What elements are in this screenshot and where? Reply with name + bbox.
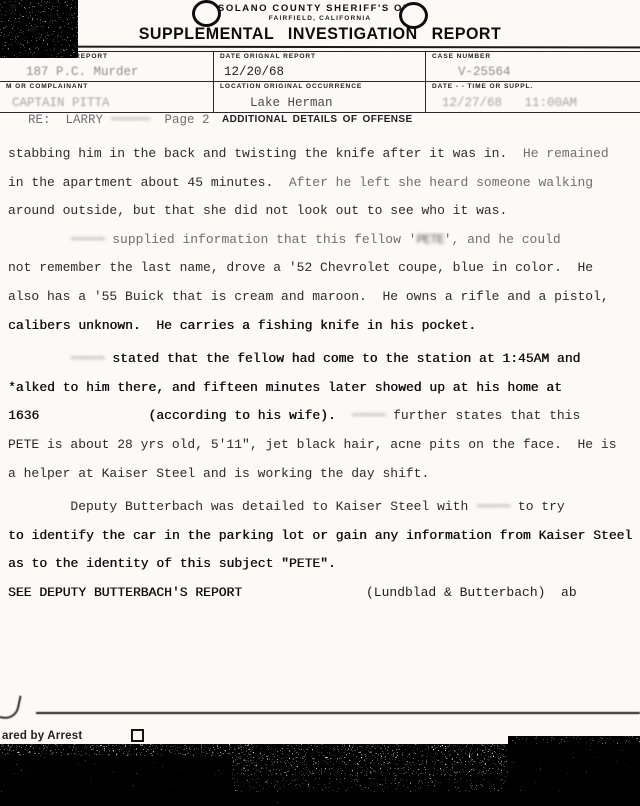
body-line: to identify the car in the parking lot o… <box>8 522 640 551</box>
field-value: CAPTAIN PITTA <box>12 96 110 110</box>
body-line: ~~~~~ supplied information that this fel… <box>8 226 640 255</box>
footer-rule <box>36 712 640 714</box>
document-title: SUPPLEMENTAL INVESTIGATION REPORT <box>0 26 640 45</box>
text-segment: further states that this <box>385 408 580 423</box>
checkbox-row: ared by Arrest <box>2 729 172 744</box>
text-segment: *alked to him there, and fifteen minutes… <box>8 380 562 395</box>
field-complainant: M OR COMPLAINANT CAPTAIN PITTA <box>0 82 213 113</box>
checkbox-label: ared Other <box>2 751 62 763</box>
agency-name: SOLANO COUNTY SHERIFF'S OFFI <box>0 3 640 14</box>
redacted-smudge: ~~~~~ <box>351 408 385 423</box>
text-segment: After he left she heard someone walking <box>289 175 593 190</box>
text-segment: 1636 (according to his wife). <box>8 408 351 423</box>
text-segment: Page 2 <box>150 113 210 127</box>
field-label: M OR COMPLAINANT <box>6 83 88 90</box>
agency-city: FAIRFIELD, CALIFORNIA <box>0 15 640 22</box>
field-case-number: CASE NUMBER V-25564 <box>425 52 640 82</box>
text-segment: He remained <box>523 146 609 161</box>
narrative-body: stabbing him in the back and twisting th… <box>8 140 640 608</box>
field-label: PE OF ORIGINAL REPORT <box>6 53 108 60</box>
field-value: 12/20/68 <box>224 65 284 79</box>
body-line: *alked to him there, and fifteen minutes… <box>8 374 640 403</box>
body-line: stabbing him in the back and twisting th… <box>8 140 640 169</box>
header-rule <box>0 46 640 49</box>
text-segment: supplied information that this fellow ' <box>104 232 416 247</box>
checkbox-row: founded <box>2 792 172 806</box>
text-segment: also has a '55 Buick that is cream and m… <box>8 289 609 304</box>
checkbox-row: Cleared <box>2 771 172 786</box>
text-segment: to try <box>510 499 565 514</box>
field-date-original-report: DATE ORIGNAL REPORT 12/20/68 <box>213 52 425 82</box>
section-title: ADDITIONAL DETAILS OF OFFENSE <box>222 114 413 125</box>
text-segment: a helper at Kaiser Steel and is working … <box>8 466 429 481</box>
body-line: not remember the last name, drove a '52 … <box>8 254 640 283</box>
text-segment: stabbing him in the back and twisting th… <box>8 146 523 161</box>
pen-mark <box>0 693 22 722</box>
body-line: PETE is about 28 yrs old, 5'11", jet bla… <box>8 431 640 460</box>
text-segment: in the apartment about 45 minutes. <box>8 175 289 190</box>
text-segment: calibers unknown. He carries a fishing k… <box>8 318 476 333</box>
body-line: Deputy Butterbach was detailed to Kaiser… <box>8 493 640 522</box>
body-line: around outside, but that she did not loo… <box>8 197 640 226</box>
body-line: in the apartment about 45 minutes. After… <box>8 169 640 198</box>
checkbox-label: founded <box>2 793 49 805</box>
officer-signature: (Lundblad & Butterbach) ab <box>366 585 577 600</box>
checkbox <box>131 729 144 742</box>
checkbox <box>131 750 144 763</box>
body-line: a helper at Kaiser Steel and is working … <box>8 460 640 489</box>
text-segment <box>8 351 70 366</box>
investigating-officer-label: INVESTIGATING OFFICER <box>298 769 496 776</box>
text-segment: to identify the car in the parking lot o… <box>8 528 632 543</box>
investigating-officer-block: INVESTIGATING OFFICER <box>298 765 496 776</box>
body-line: calibers unknown. He carries a fishing k… <box>8 312 640 341</box>
field-value: Lake Herman <box>250 96 333 110</box>
checkbox <box>131 771 144 784</box>
report-header-form: PE OF ORIGINAL REPORT 187 P.C. Murder DA… <box>0 51 640 113</box>
body-line: ~~~~~ stated that the fellow had come to… <box>8 345 640 374</box>
field-value: V-25564 <box>458 65 511 79</box>
redacted-smudge: ~~~~~ <box>476 499 510 514</box>
checkbox-row: ared Other <box>2 750 172 765</box>
checkbox <box>131 792 144 805</box>
field-label: LOCATION ORIGINAL OCCURRENCE <box>220 83 362 90</box>
redacted-smudge: ~~~~~ <box>70 232 104 247</box>
redacted-smudge: ~~~~~~ <box>111 113 150 127</box>
field-label: DATE - - TIME OR SUPPL. <box>432 83 533 90</box>
text-segment: as to the identity of this subject "PETE… <box>8 556 336 571</box>
redacted-smudge: ~~~~~ <box>70 351 104 366</box>
body-line: as to the identity of this subject "PETE… <box>8 550 640 579</box>
field-date-time-suppl: DATE - - TIME OR SUPPL. 12/27/68 11:00AM <box>425 82 640 113</box>
body-line: 1636 (according to his wife). ~~~~~ furt… <box>8 402 640 431</box>
checkbox-label: Cleared <box>2 772 46 784</box>
text-segment: ', and he could <box>444 232 561 247</box>
checkbox-label: ared by Arrest <box>2 730 82 742</box>
field-value: 187 P.C. Murder <box>26 65 139 79</box>
field-type-of-original-report: PE OF ORIGINAL REPORT 187 P.C. Murder <box>0 52 213 82</box>
date-label: DATE <box>610 768 631 775</box>
field-label: DATE ORIGNAL REPORT <box>220 53 316 60</box>
scanned-report-page: SOLANO COUNTY SHERIFF'S OFFI FAIRFIELD, … <box>0 0 640 806</box>
text-segment: SEE DEPUTY BUTTERBACH'S REPORT <box>8 585 242 600</box>
field-value: 12/27/68 11:00AM <box>442 96 577 110</box>
text-segment <box>8 232 70 247</box>
text-segment: around outside, but that she did not loo… <box>8 203 507 218</box>
re-subject-line: RE: LARRY ~~~~~~ Page 2 <box>28 113 210 127</box>
text-segment: RE: LARRY <box>28 113 111 127</box>
hole-punch-left <box>192 0 221 27</box>
disposition-checkboxes: ared by Arrestared OtherClearedfounded <box>2 729 172 806</box>
field-location-original-occurrence: LOCATION ORIGINAL OCCURRENCE Lake Herman <box>213 82 425 113</box>
redacted-smudge: PETE <box>417 232 444 247</box>
text-segment: not remember the last name, drove a '52 … <box>8 260 593 275</box>
text-segment: stated that the fellow had come to the s… <box>104 351 580 366</box>
text-segment: PETE is about 28 yrs old, 5'11", jet bla… <box>8 437 617 452</box>
body-line: also has a '55 Buick that is cream and m… <box>8 283 640 312</box>
field-label: CASE NUMBER <box>432 53 491 60</box>
text-segment: Deputy Butterbach was detailed to Kaiser… <box>8 499 476 514</box>
